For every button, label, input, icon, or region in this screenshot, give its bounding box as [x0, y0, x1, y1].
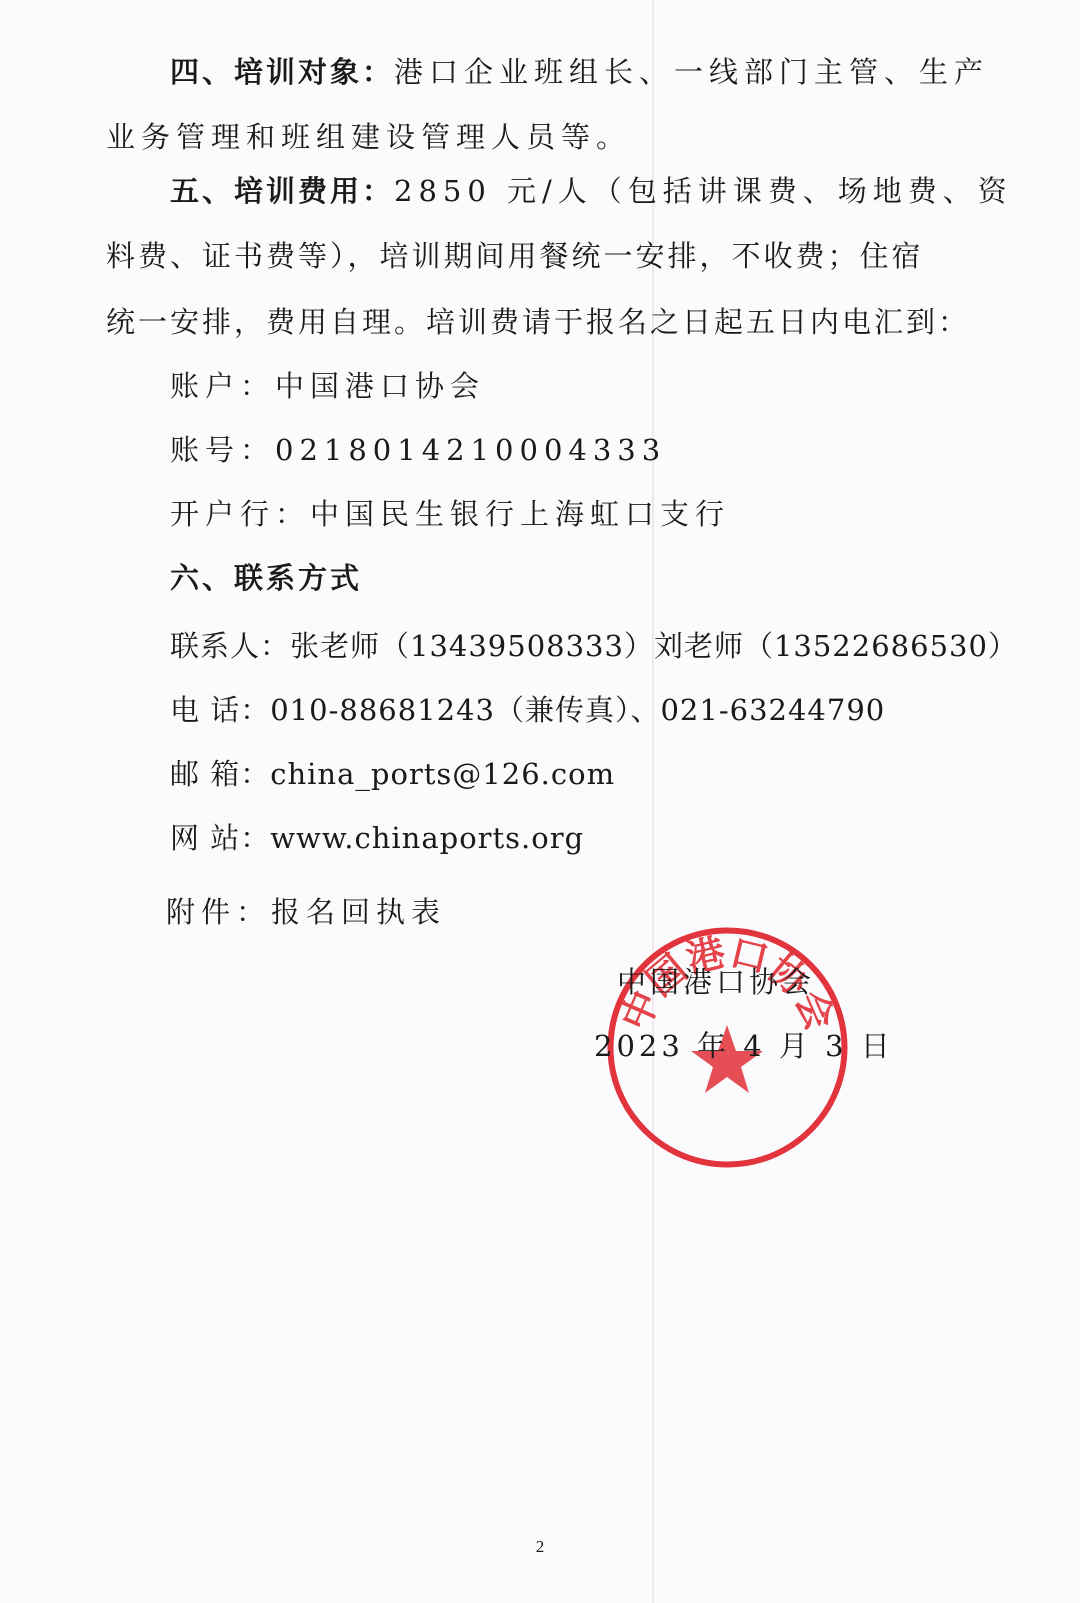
contact-website: 网 站：www.chinaports.org — [170, 818, 584, 858]
bank-branch: 开户行：中国民生银行上海虹口支行 — [170, 494, 730, 534]
contact-email: 邮 箱：china_ports@126.com — [170, 754, 615, 794]
section-5-line-3: 统一安排，费用自理。培训费请于报名之日起五日内电汇到： — [106, 302, 970, 342]
signature-date: 2023 年 4 月 3 日 — [594, 1024, 894, 1065]
bank-account-name: 账户：中国港口协会 — [170, 366, 485, 406]
section-5-line-1: 五、培训费用：2850 元/人（包括讲课费、场地费、资 — [170, 171, 1013, 211]
section-4-line-2: 业务管理和班组建设管理人员等。 — [106, 117, 631, 157]
page-number: 2 — [0, 1537, 1080, 1557]
signature-org: 中国港口协会 — [617, 960, 815, 1001]
section-4-line-1: 四、培训对象：港口企业班组长、一线部门主管、生产 — [170, 52, 989, 92]
section-6-heading: 六、联系方式 — [170, 558, 362, 598]
bank-account-number: 账号：0218014210004333 — [170, 430, 666, 470]
section-5-line-2: 料费、证书费等），培训期间用餐统一安排，不收费；住宿 — [106, 236, 924, 276]
attachment-note: 附件：报名回执表 — [166, 892, 446, 932]
contact-persons: 联系人：张老师（13439508333）刘老师（13522686530） — [170, 626, 1018, 666]
section-4-heading: 四、培训对象： — [170, 55, 394, 89]
section-5-heading: 五、培训费用： — [170, 174, 394, 208]
contact-phone: 电 话：010-88681243（兼传真）、021-63244790 — [170, 690, 885, 730]
